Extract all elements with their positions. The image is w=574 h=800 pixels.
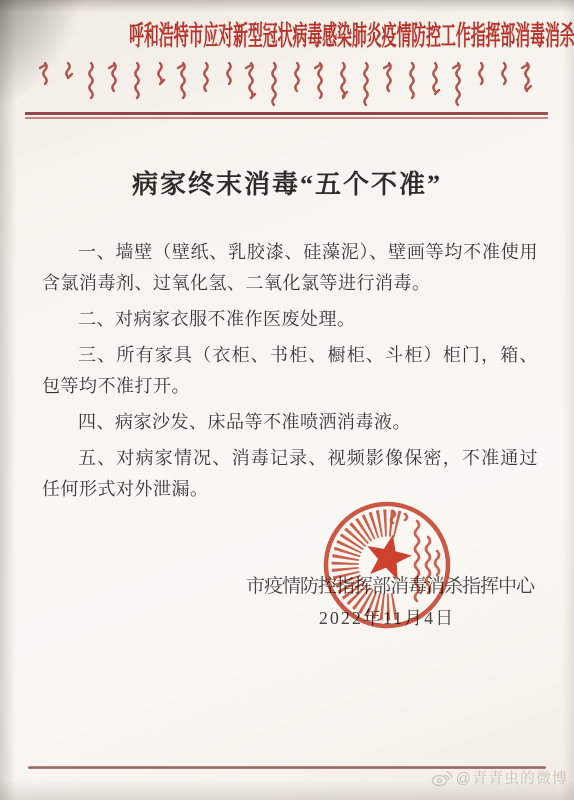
notice-item: 三、所有家具（衣柜、书柜、橱柜、斗柜）柜门，箱、包等均不准打开。 bbox=[42, 340, 538, 402]
mongolian-glyph bbox=[497, 60, 511, 86]
mongolian-glyph bbox=[130, 60, 144, 106]
notice-item: 五、对病家情况、消毒记录、视频影像保密，不准通过任何形式对外泄漏。 bbox=[42, 443, 538, 505]
mongolian-glyph bbox=[107, 60, 121, 94]
mongolian-glyph bbox=[38, 60, 52, 90]
notice-item: 二、对病家衣服不准作医废处理。 bbox=[42, 304, 538, 335]
mongolian-glyph bbox=[84, 60, 98, 100]
mongolian-script-row bbox=[38, 60, 534, 114]
mongolian-glyph bbox=[359, 60, 373, 112]
page-title: 病家终末消毒“五个不准” bbox=[0, 164, 574, 201]
mongolian-glyph bbox=[244, 60, 258, 102]
mongolian-glyph bbox=[451, 60, 465, 108]
weibo-icon bbox=[431, 769, 453, 787]
divider-line-light bbox=[25, 117, 548, 119]
mongolian-glyph bbox=[61, 60, 75, 82]
mongolian-glyph bbox=[382, 60, 396, 94]
notice-item: 一、墙壁（壁纸、乳胶漆、硅藻泥）、壁画等均不准使用含氯消毒剂、过氧化氢、二氧化氯… bbox=[42, 237, 538, 299]
header-org-title: 呼和浩特市应对新型冠状病毒感染肺炎疫情防控工作指挥部消毒消杀指挥中心 bbox=[129, 19, 445, 53]
mongolian-glyph bbox=[336, 60, 350, 100]
official-seal bbox=[311, 489, 463, 641]
document-photo: 呼和浩特市应对新型冠状病毒感染肺炎疫情防控工作指挥部消毒消杀指挥中心 病家终末消… bbox=[0, 0, 574, 800]
mongolian-glyph bbox=[520, 60, 534, 94]
notice-body: 一、墙壁（壁纸、乳胶漆、硅藻泥）、壁画等均不准使用含氯消毒剂、过氧化氢、二氧化氯… bbox=[42, 237, 538, 510]
mongolian-glyph bbox=[176, 60, 190, 104]
mongolian-glyph bbox=[428, 60, 442, 98]
mongolian-glyph bbox=[290, 60, 304, 96]
mongolian-glyph bbox=[222, 60, 236, 90]
mongolian-glyph bbox=[405, 60, 419, 104]
watermark: @青青虫的微博 bbox=[431, 767, 568, 788]
mongolian-glyph bbox=[313, 60, 327, 106]
mongolian-glyph bbox=[267, 60, 281, 110]
notice-item: 四、病家沙发、床品等不准喷洒消毒液。 bbox=[42, 407, 538, 438]
mongolian-glyph bbox=[153, 60, 167, 88]
mongolian-glyph bbox=[474, 60, 488, 90]
watermark-text: @青青虫的微博 bbox=[456, 767, 568, 788]
header-divider bbox=[25, 112, 548, 119]
mongolian-glyph bbox=[199, 60, 213, 98]
